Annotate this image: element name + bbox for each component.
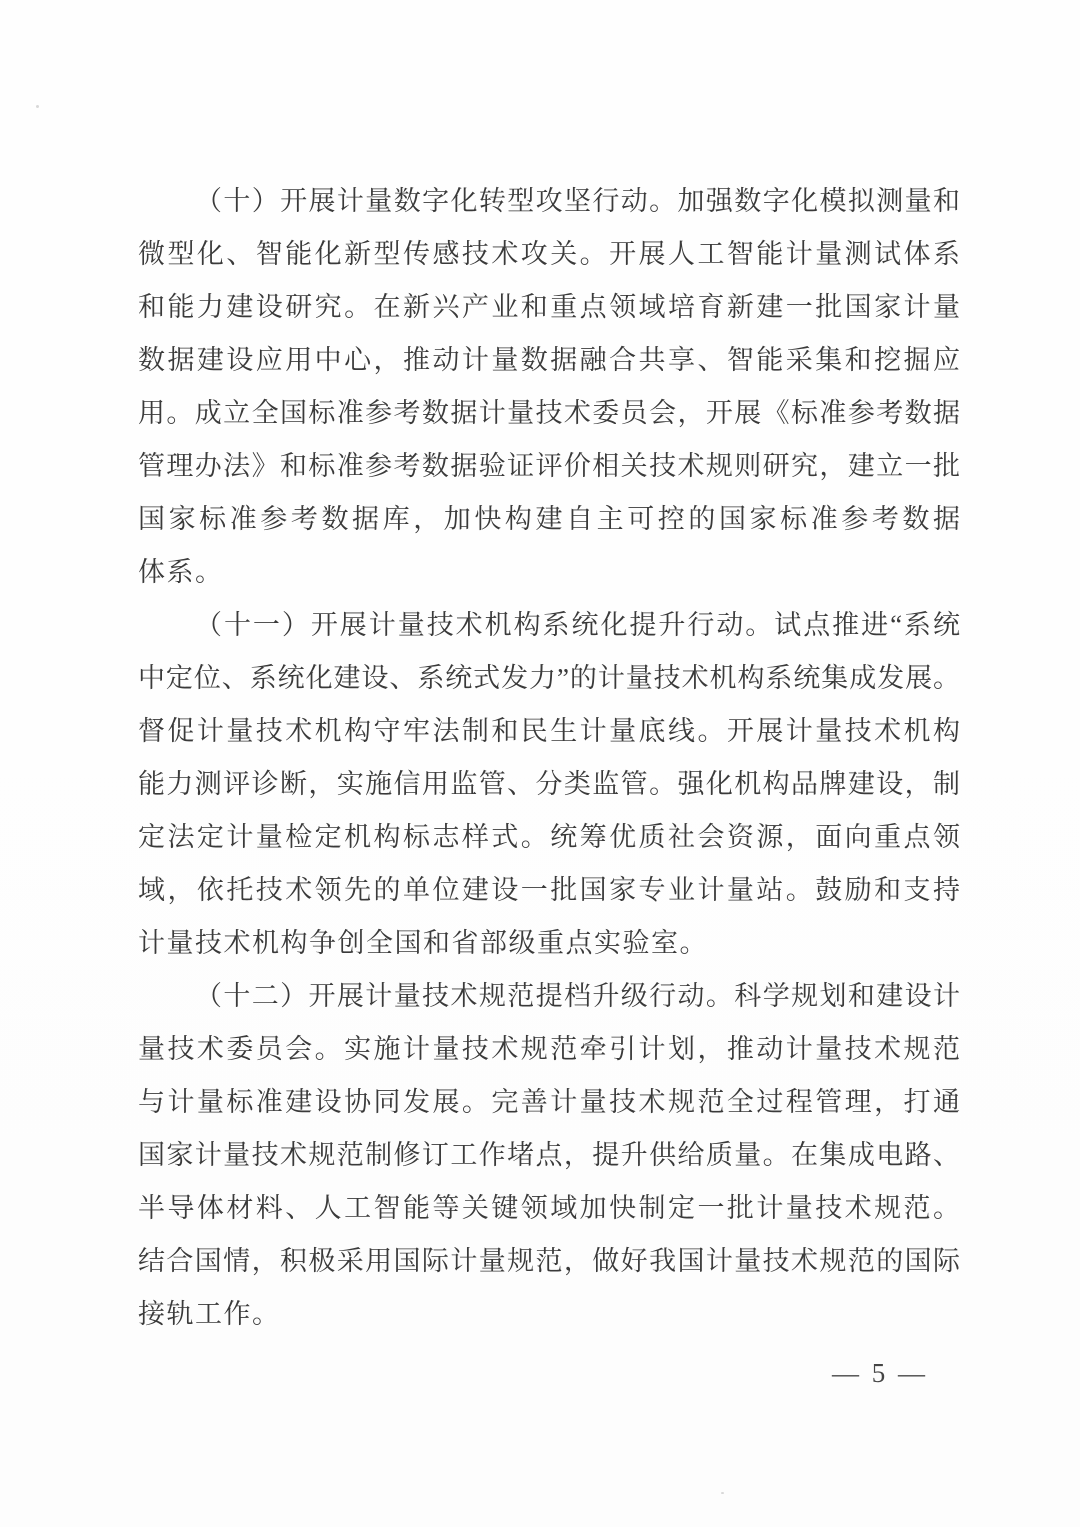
document-page: （十）开展计量数字化转型攻坚行动。加强数字化模拟测量和 微型化、智能化新型传感技… xyxy=(0,0,1080,1527)
paragraph-12-line-2: 量技术委员会。实施计量技术规范牵引计划，推动计量技术规范 xyxy=(138,1023,960,1076)
paragraph-10-line-4: 数据建设应用中心，推动计量数据融合共享、智能采集和挖掘应 xyxy=(138,334,960,387)
paragraph-12-line-4: 国家计量技术规范制修订工作堵点，提升供给质量。在集成电路、 xyxy=(138,1129,960,1182)
paragraph-10-line-3: 和能力建设研究。在新兴产业和重点领域培育新建一批国家计量 xyxy=(138,281,960,334)
paragraph-11-line-3: 督促计量技术机构守牢法制和民生计量底线。开展计量技术机构 xyxy=(138,705,960,758)
paragraph-12-line-5: 半导体材料、人工智能等关键领域加快制定一批计量技术规范。 xyxy=(138,1182,960,1235)
paragraph-12-line-3: 与计量标准建设协同发展。完善计量技术规范全过程管理，打通 xyxy=(138,1076,960,1129)
paragraph-11-line-6: 域，依托技术领先的单位建设一批国家专业计量站。鼓励和支持 xyxy=(138,864,960,917)
paragraph-10-line-8: 体系。 xyxy=(138,546,960,599)
paragraph-11-line-7: 计量技术机构争创全国和省部级重点实验室。 xyxy=(138,917,960,970)
paragraph-10-line-2: 微型化、智能化新型传感技术攻关。开展人工智能计量测试体系 xyxy=(138,228,960,281)
paragraph-10-line-6: 管理办法》和标准参考数据验证评价相关技术规则研究，建立一批 xyxy=(138,440,960,493)
paragraph-10-line-5: 用。成立全国标准参考数据计量技术委员会，开展《标准参考数据 xyxy=(138,387,960,440)
paragraph-11-line-2: 中定位、系统化建设、系统式发力”的计量技术机构系统集成发展。 xyxy=(138,652,960,705)
paragraph-10-line-1: （十）开展计量数字化转型攻坚行动。加强数字化模拟测量和 xyxy=(138,175,960,228)
scan-speck xyxy=(721,1492,724,1494)
scan-speck xyxy=(36,105,39,108)
paragraph-12-line-7: 接轨工作。 xyxy=(138,1288,960,1341)
page-number: — 5 — xyxy=(832,1352,928,1394)
body-text: （十）开展计量数字化转型攻坚行动。加强数字化模拟测量和 微型化、智能化新型传感技… xyxy=(138,175,960,1341)
paragraph-10-line-7: 国家标准参考数据库，加快构建自主可控的国家标准参考数据 xyxy=(138,493,960,546)
paragraph-12-line-6: 结合国情，积极采用国际计量规范，做好我国计量技术规范的国际 xyxy=(138,1235,960,1288)
paragraph-11-line-5: 定法定计量检定机构标志样式。统筹优质社会资源，面向重点领 xyxy=(138,811,960,864)
paragraph-12-line-1: （十二）开展计量技术规范提档升级行动。科学规划和建设计 xyxy=(138,970,960,1023)
paragraph-11-line-4: 能力测评诊断，实施信用监管、分类监管。强化机构品牌建设，制 xyxy=(138,758,960,811)
paragraph-11-line-1: （十一）开展计量技术机构系统化提升行动。试点推进“系统 xyxy=(138,599,960,652)
